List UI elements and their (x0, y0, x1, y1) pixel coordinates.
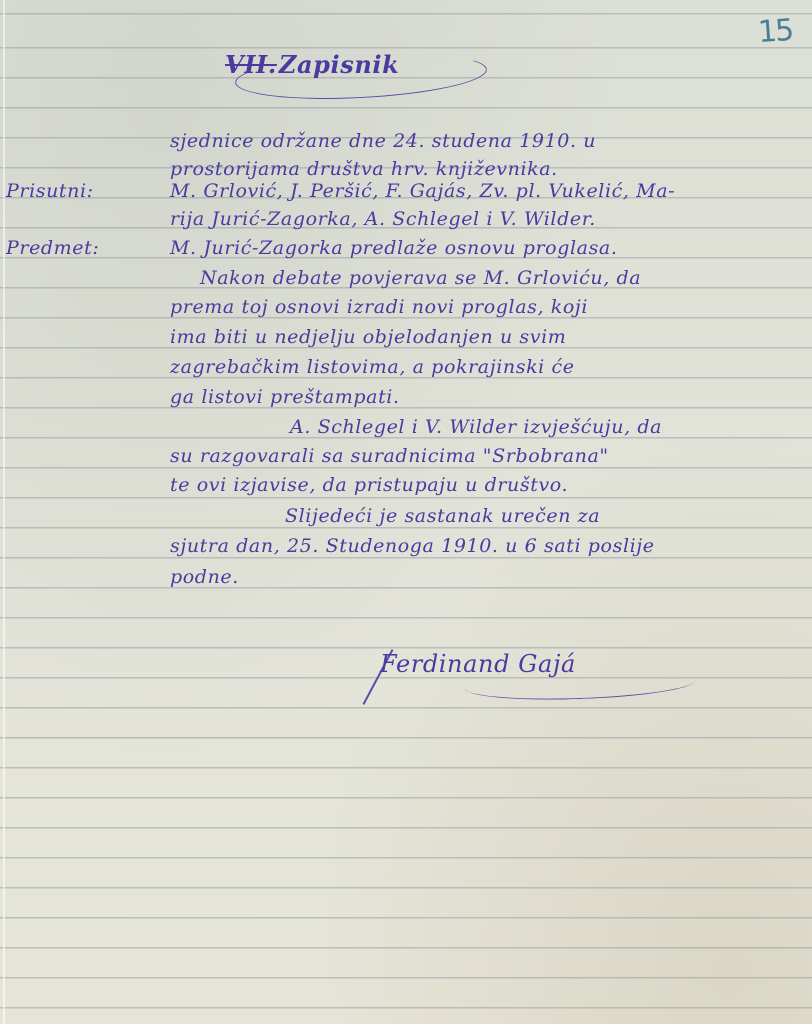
text-line: sjutra dan, 25. Studenoga 1910. u 6 sati… (170, 535, 655, 557)
text-line: zagrebačkim listovima, a pokrajinski će (170, 356, 575, 378)
text-line: prostorijama društva hrv. književnika. (170, 158, 558, 180)
text-line: Nakon debate povjerava se M. Grloviću, d… (200, 267, 641, 289)
text-line: M. Jurić-Zagorka predlaže osnovu proglas… (170, 237, 618, 259)
text-line: prema toj osnovi izradi novi proglas, ko… (170, 296, 588, 318)
text-line: ga listovi preštampati. (170, 386, 400, 408)
manuscript-page: 15 VII.Zapisnik sjednice održane dne 24.… (0, 0, 812, 1024)
text-line: podne. (170, 566, 239, 588)
signature: Ferdinand Gajá (365, 640, 695, 710)
page-number: 15 (757, 13, 794, 50)
text-line: te ovi izjavise, da pristupaju u društvo… (170, 474, 568, 496)
margin-label-subject: Predmet: (6, 237, 99, 259)
page-edge (3, 0, 5, 1024)
title-word: Zapisnik (279, 50, 399, 79)
text-line: ima biti u nedjelju objelodanjen u svim (170, 326, 566, 348)
title-numeral: VII. (225, 50, 277, 79)
text-line: A. Schlegel i V. Wilder izvješćuju, da (290, 416, 662, 438)
text-line: sjednice održane dne 24. studena 1910. u (170, 130, 596, 152)
text-line: M. Grlović, J. Peršić, F. Gajás, Zv. pl.… (170, 180, 675, 202)
text-line: rija Jurić-Zagorka, A. Schlegel i V. Wil… (170, 208, 596, 230)
text-line: su razgovarali sa suradnicima "Srbobrana… (170, 445, 609, 467)
margin-label-present: Prisutni: (6, 180, 94, 202)
document-title: VII.Zapisnik (215, 42, 475, 102)
text-line: Slijedeći je sastanak urečen za (285, 505, 600, 527)
